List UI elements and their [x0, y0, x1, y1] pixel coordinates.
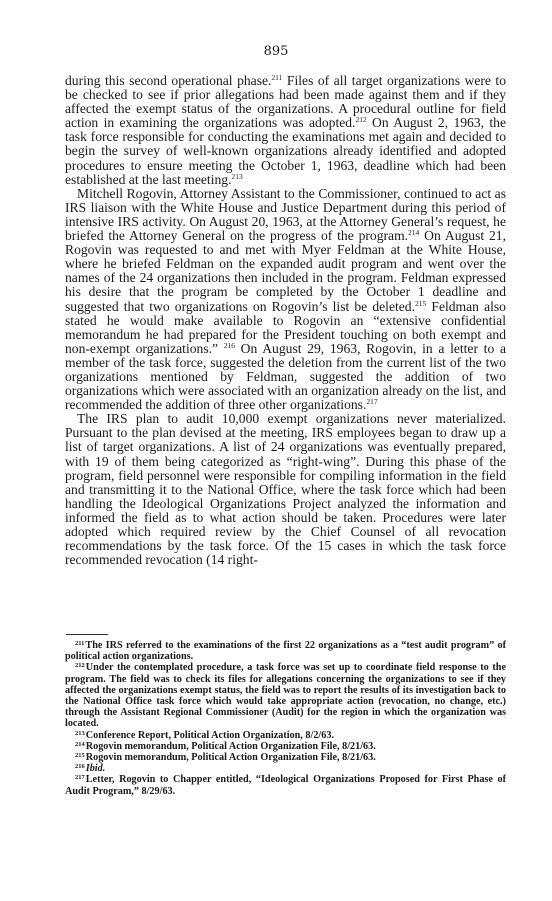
footnote-215: 215Rogovin memorandum, Political Action …	[65, 752, 506, 763]
footnote-text: Letter, Rogovin to Chapper entitled, “Id…	[65, 774, 506, 796]
footnote-ref-212: 212	[355, 115, 366, 124]
footnote-ref-211: 211	[271, 73, 282, 82]
paragraph-1: during this second operational phase.211…	[65, 74, 506, 187]
footnote-text: Rogovin memorandum, Political Action Org…	[86, 741, 376, 752]
footnote-mark: 211	[75, 640, 84, 647]
footnote-separator	[66, 634, 108, 635]
footnote-mark: 215	[75, 752, 85, 759]
footnote-217: 217Letter, Rogovin to Chapper entitled, …	[65, 774, 506, 796]
footnotes: 211The IRS referred to the examinations …	[65, 640, 506, 797]
footnote-213: 213Conference Report, Political Action O…	[65, 730, 506, 741]
footnote-212: 212Under the contemplated procedure, a t…	[65, 662, 506, 729]
footnote-mark: 216	[75, 763, 85, 770]
footnote-mark: 214	[75, 741, 85, 748]
footnote-216: 216Ibid.	[65, 763, 506, 774]
footnote-mark: 217	[75, 774, 85, 781]
footnote-text: Rogovin memorandum, Political Action Org…	[86, 752, 376, 763]
footnote-text: The IRS referred to the examinations of …	[65, 640, 506, 662]
text-segment: during this second operational phase.	[65, 73, 271, 88]
footnote-text: Under the contemplated procedure, a task…	[65, 662, 506, 729]
footnote-text: Conference Report, Political Action Orga…	[86, 730, 334, 741]
footnote-mark: 213	[75, 730, 85, 737]
body-text: during this second operational phase.211…	[65, 74, 506, 567]
footnote-text: Ibid.	[86, 763, 106, 774]
footnote-ref-213: 213	[231, 172, 242, 181]
footnote-ref-215: 215	[415, 299, 426, 308]
footnote-ref-217: 217	[366, 397, 377, 406]
paragraph-3: The IRS plan to audit 10,000 exempt orga…	[65, 412, 506, 567]
paragraph-2: Mitchell Rogovin, Attorney Assistant to …	[65, 187, 506, 413]
text-segment: The IRS plan to audit 10,000 exempt orga…	[65, 411, 506, 567]
footnote-ref-214: 214	[408, 228, 419, 237]
footnote-214: 214Rogovin memorandum, Political Action …	[65, 741, 506, 752]
footnote-ref-216: 216	[224, 341, 235, 350]
footnote-mark: 212	[75, 662, 85, 669]
page-number: 895	[0, 44, 552, 59]
footnote-211: 211The IRS referred to the examinations …	[65, 640, 506, 662]
